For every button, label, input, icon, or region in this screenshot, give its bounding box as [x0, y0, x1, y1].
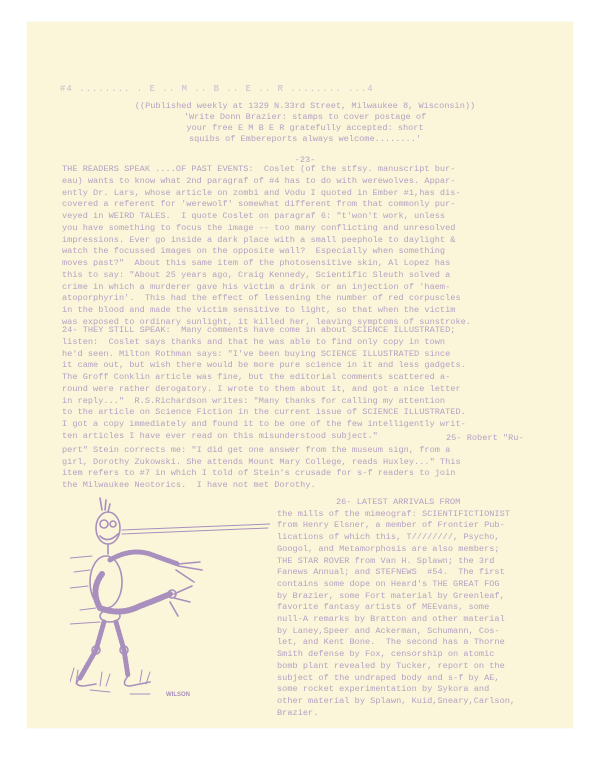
text-line: crime in which a murderer gave his victi…	[62, 282, 450, 294]
text-line: bomb plant revealed by Tucker, report on…	[277, 661, 505, 673]
publisher-line: 'Write Donn Brazier: stamps to cover pos…	[60, 112, 550, 123]
text-line: I got a copy immediately and found it to…	[62, 419, 466, 431]
text-line: veyed in WEIRD TALES. I quote Coslet on …	[62, 211, 445, 223]
text-line: he'd seen. Milton Rothman says: "I've be…	[62, 349, 450, 361]
text-line: eau) wants to know what 2nd paragraf of …	[62, 176, 455, 188]
text-line: The Groff Conklin article was fine, but …	[62, 372, 450, 384]
text-line: Googol, and Metamorphosis are also membe…	[277, 544, 500, 556]
text-line: ently Dr. Lars, whose article on zombi a…	[62, 188, 461, 200]
text-line: listen: Coslet says thanks and that he w…	[62, 337, 445, 349]
text-line: favorite fantasy artists of MEEvans, som…	[277, 602, 489, 614]
text-line: girl, Dorothy Zukowski. She attends Moun…	[62, 457, 461, 469]
text-line: the mills of the mimeograf: SCIENTIFICTI…	[277, 509, 510, 521]
text-line: from Henry Elsner, a member of Frontier …	[277, 520, 505, 532]
text-line: Brazier.	[277, 708, 318, 720]
text-line: 25- Robert "Ru-	[446, 433, 524, 445]
text-line: in the blood and made the victim sensiti…	[62, 305, 455, 317]
text-line: contains some dope on Heard's THE GREAT …	[277, 579, 500, 591]
text-line: it came out, but wish there would be mor…	[62, 360, 466, 372]
text-line: covered a referent for 'werewolf' somewh…	[62, 199, 455, 211]
publisher-line: your free E M B E R gratefully accepted:…	[60, 123, 550, 134]
text-line: pert" Stein corrects me: "I did get one …	[62, 445, 450, 457]
text-line: in reply..." R.S.Richardson writes: "Man…	[62, 396, 445, 408]
text-line: other material by Splawn, Kuid,Sneary,Ca…	[277, 696, 515, 708]
artist-signature: WILSON	[166, 692, 190, 698]
text-line: Smith defense by Fox, censorship on atom…	[277, 649, 494, 661]
text-line: 24- THEY STILL SPEAK: Many comments have…	[62, 325, 455, 337]
text-line: item refers to #7 in which I told of Ste…	[62, 468, 455, 480]
masthead: #4 ........ . E .. M .. B .. E .. R ....…	[60, 84, 550, 94]
text-line: subject of the undraped body and s-f by …	[277, 673, 500, 685]
text-line: to the article on Science Fiction in the…	[62, 407, 466, 419]
text-line: watch the focussed images on the opposit…	[62, 246, 445, 258]
text-line: round were rather derogatory. I wrote to…	[62, 384, 461, 396]
text-line: 26- LATEST ARRIVALS FROM	[336, 497, 460, 509]
text-line: THE READERS SPEAK ....OF PAST EVENTS: Co…	[62, 164, 455, 176]
text-line: THE STAR ROVER from Van H. Splawn; the 3…	[277, 556, 494, 568]
publisher-line: ((Published weekly at 1329 N.33rd Street…	[60, 101, 550, 112]
text-line: this to say: "About 25 years ago, Craig …	[62, 270, 450, 282]
robot-illustration: WILSON	[70, 490, 270, 700]
text-line: ten articles I have ever read on this mi…	[62, 431, 378, 443]
text-line: by Brazier, some Fort material by Greenl…	[277, 591, 505, 603]
text-line: lications of which this, T////////, Psyc…	[277, 532, 500, 544]
text-line: let, and Kent Bone. The second has a Tho…	[277, 637, 505, 649]
text-line: impressions. Ever go inside a dark place…	[62, 235, 455, 247]
text-line: null-A remarks by Bratton and other mate…	[277, 614, 505, 626]
publisher-line: squibs of Embereports always welcome....…	[60, 134, 550, 145]
text-line: by Laney,Speer and Ackerman, Schumann, C…	[277, 626, 500, 638]
text-line: some rocket experimentation by Sykora an…	[277, 684, 489, 696]
text-line: Fanews Annual; and STEFNEWS #54. The fir…	[277, 567, 505, 579]
text-line: moves past?" About this same item of the…	[62, 258, 450, 270]
text-line: atoporphyrin'. This had the effect of le…	[62, 293, 461, 305]
text-line: you have something to focus the image --…	[62, 223, 455, 235]
